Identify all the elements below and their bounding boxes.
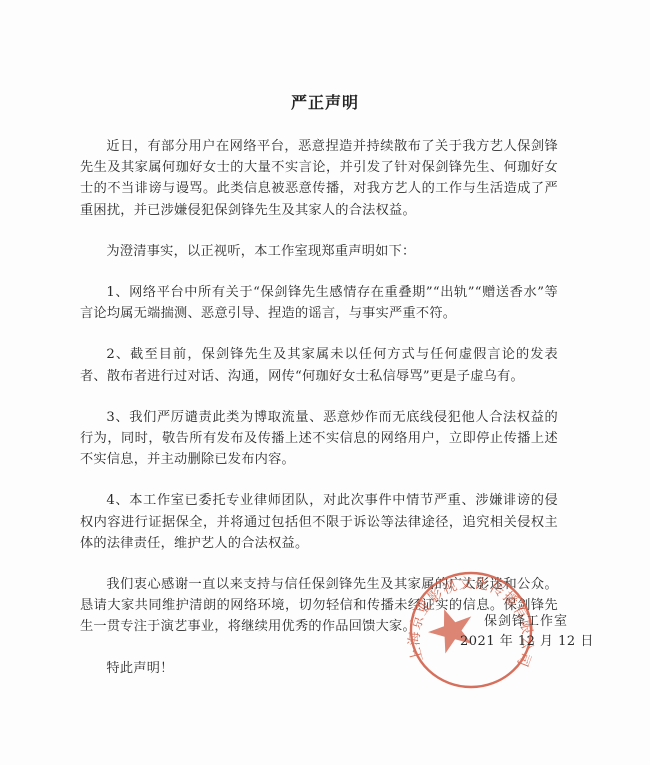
- document-page: 严正声明 近日，有部分用户在网络平台，恶意捏造并持续散布了关于我方艺人保剑锋先生…: [0, 0, 650, 765]
- signature-date: 2021 年 12 月 12 日: [460, 632, 600, 652]
- paragraph-statement-lead: 为澄清事实，以正视听，本工作室现郑重声明如下：: [80, 241, 558, 262]
- paragraph-point-2: 2、截至目前，保剑锋先生及其家属未以任何方式与任何虚假言论的发表者、散布者进行过…: [80, 344, 558, 386]
- signature-block: 保剑锋工作室 2021 年 12 月 12 日: [460, 612, 600, 652]
- document-title: 严正声明: [0, 90, 650, 113]
- paragraph-point-1: 1、网络平台中所有关于“保剑锋先生感情存在重叠期”“出轨”“赠送香水”等言论均属…: [80, 282, 558, 324]
- paragraph-point-4: 4、本工作室已委托专业律师团队，对此次事件中情节严重、涉嫌诽谤的侵权内容进行证据…: [80, 490, 558, 554]
- paragraph-intro: 近日，有部分用户在网络平台，恶意捏造并持续散布了关于我方艺人保剑锋先生及其家属何…: [80, 136, 558, 221]
- signature-name: 保剑锋工作室: [460, 612, 600, 632]
- paragraph-point-3: 3、我们严厉谴责此类为博取流量、恶意炒作而无底线侵犯他人合法权益的行为，同时，敬…: [80, 407, 558, 471]
